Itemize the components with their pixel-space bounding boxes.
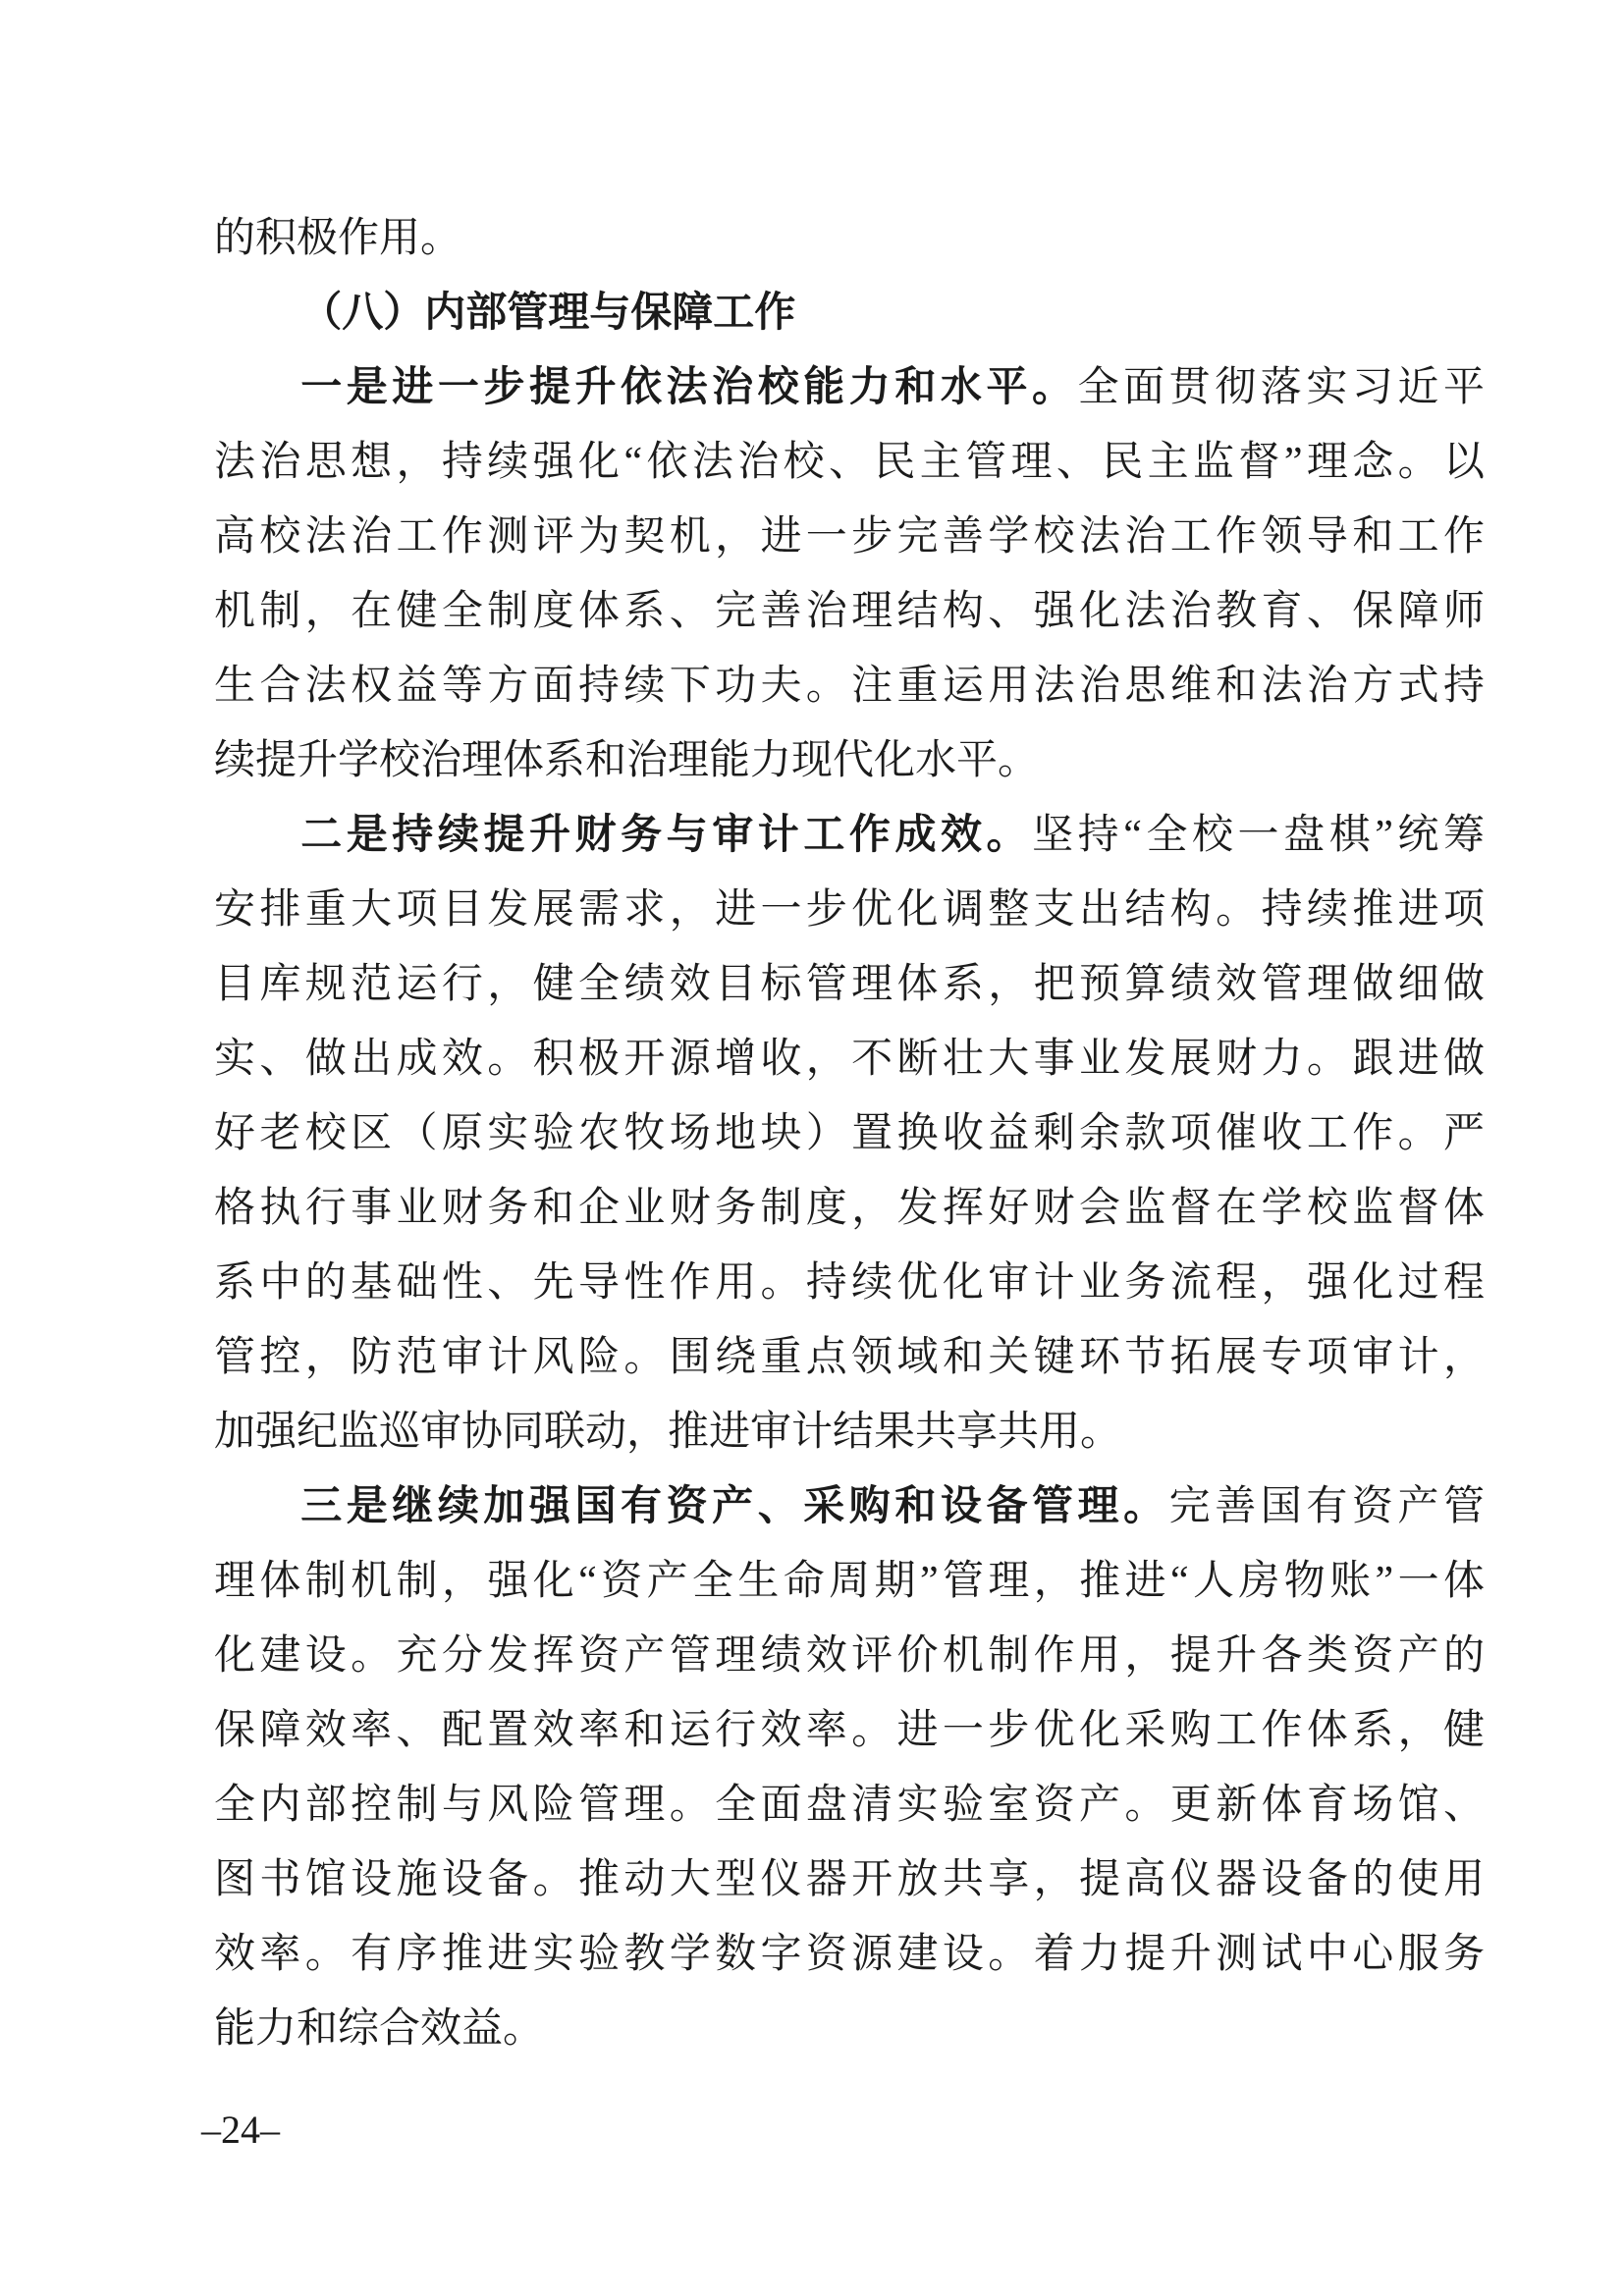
line-text: 坚持“全校一盘棋”统筹 <box>1032 813 1485 858</box>
line-text: 全面贯彻落实习近平 <box>1078 365 1485 410</box>
text-line: 化建设。充分发挥资产管理绩效评价机制作用，提升各类资产的 <box>214 1619 1485 1693</box>
line-text: 管控，防范审计风险。围绕重点领域和关键环节拓展专项审计， <box>214 1335 1485 1380</box>
line-text: 系中的基础性、先导性作用。持续优化审计业务流程，强化过程 <box>214 1260 1485 1306</box>
text-line: 目库规范运行，健全绩效目标管理体系，把预算绩效管理做细做 <box>214 947 1485 1022</box>
paragraph-lead-bold: 三是继续加强国有资产、采购和设备管理。 <box>300 1484 1168 1529</box>
text-line: 一是进一步提升依法治校能力和水平。全面贯彻落实习近平 <box>214 350 1485 425</box>
text-line: 管控，防范审计风险。围绕重点领域和关键环节拓展专项审计， <box>214 1320 1485 1395</box>
line-text: 安排重大项目发展需求，进一步优化调整支出结构。持续推进项 <box>214 887 1485 933</box>
text-line: 效率。有序推进实验教学数字资源建设。着力提升测试中心服务 <box>214 1917 1485 1992</box>
text-line: 三是继续加强国有资产、采购和设备管理。完善国有资产管 <box>214 1469 1485 1544</box>
page-number: –24– <box>201 2109 280 2152</box>
line-text: 化建设。充分发挥资产管理绩效评价机制作用，提升各类资产的 <box>214 1633 1485 1679</box>
line-text: 理体制机制，强化“资产全生命周期”管理，推进“人房物账”一体 <box>214 1559 1485 1604</box>
line-text: 格执行事业财务和企业财务制度，发挥好财会监督在学校监督体 <box>214 1186 1485 1231</box>
text-line: 续提升学校治理体系和治理能力现代化水平。 <box>214 723 1485 798</box>
text-line: 格执行事业财务和企业财务制度，发挥好财会监督在学校监督体 <box>214 1171 1485 1246</box>
section-heading: （八）内部管理与保障工作 <box>214 276 1485 350</box>
line-text: 图书馆设施设备。推动大型仪器开放共享，提高仪器设备的使用 <box>214 1857 1485 1902</box>
text-line: 实、做出成效。积极开源增收，不断壮大事业发展财力。跟进做 <box>214 1022 1485 1096</box>
line-text: 生合法权益等方面持续下功夫。注重运用法治思维和法治方式持 <box>214 664 1485 709</box>
text-line: 保障效率、配置效率和运行效率。进一步优化采购工作体系，健 <box>214 1693 1485 1768</box>
section-heading-text: （八）内部管理与保障工作 <box>300 291 795 336</box>
document-page: 的积极作用。（八）内部管理与保障工作一是进一步提升依法治校能力和水平。全面贯彻落… <box>0 0 1624 2296</box>
text-line: 二是持续提升财务与审计工作成效。坚持“全校一盘棋”统筹 <box>214 798 1485 873</box>
paragraph-lead-bold: 一是进一步提升依法治校能力和水平。 <box>300 365 1077 410</box>
line-text: 实、做出成效。积极开源增收，不断壮大事业发展财力。跟进做 <box>214 1037 1485 1082</box>
line-text: 机制，在健全制度体系、完善治理结构、强化法治教育、保障师 <box>214 589 1485 634</box>
line-text: 高校法治工作测评为契机，进一步完善学校法治工作领导和工作 <box>214 514 1485 560</box>
text-line: 法治思想，持续强化“依法治校、民主管理、民主监督”理念。以 <box>214 425 1485 500</box>
line-text: 完善国有资产管 <box>1169 1484 1485 1529</box>
line-text: 法治思想，持续强化“依法治校、民主管理、民主监督”理念。以 <box>214 440 1485 485</box>
text-line: 加强纪监巡审协同联动，推进审计结果共享共用。 <box>214 1395 1485 1469</box>
line-text: 效率。有序推进实验教学数字资源建设。着力提升测试中心服务 <box>214 1932 1485 1977</box>
text-line: 好老校区（原实验农牧场地块）置换收益剩余款项催收工作。严 <box>214 1096 1485 1171</box>
text-line: 系中的基础性、先导性作用。持续优化审计业务流程，强化过程 <box>214 1246 1485 1320</box>
line-text: 加强纪监巡审协同联动，推进审计结果共享共用。 <box>214 1410 1121 1455</box>
paragraph-lead-bold: 二是持续提升财务与审计工作成效。 <box>300 813 1032 858</box>
text-line: 机制，在健全制度体系、完善治理结构、强化法治教育、保障师 <box>214 574 1485 649</box>
line-text: 续提升学校治理体系和治理能力现代化水平。 <box>214 738 1039 783</box>
document-body: 的积极作用。（八）内部管理与保障工作一是进一步提升依法治校能力和水平。全面贯彻落… <box>214 201 1485 2066</box>
line-text: 好老校区（原实验农牧场地块）置换收益剩余款项催收工作。严 <box>214 1111 1485 1156</box>
text-line: 安排重大项目发展需求，进一步优化调整支出结构。持续推进项 <box>214 873 1485 947</box>
line-text: 目库规范运行，健全绩效目标管理体系，把预算绩效管理做细做 <box>214 962 1485 1007</box>
text-line: 能力和综合效益。 <box>214 1992 1485 2066</box>
text-line: 理体制机制，强化“资产全生命周期”管理，推进“人房物账”一体 <box>214 1544 1485 1619</box>
text-line: 高校法治工作测评为契机，进一步完善学校法治工作领导和工作 <box>214 500 1485 574</box>
line-text: 全内部控制与风险管理。全面盘清实验室资产。更新体育场馆、 <box>214 1783 1485 1828</box>
line-text: 的积极作用。 <box>214 216 461 261</box>
text-line: 生合法权益等方面持续下功夫。注重运用法治思维和法治方式持 <box>214 649 1485 723</box>
line-text: 能力和综合效益。 <box>214 2006 544 2052</box>
line-text: 保障效率、配置效率和运行效率。进一步优化采购工作体系，健 <box>214 1708 1485 1753</box>
text-line: 的积极作用。 <box>214 201 1485 276</box>
text-line: 图书馆设施设备。推动大型仪器开放共享，提高仪器设备的使用 <box>214 1842 1485 1917</box>
text-line: 全内部控制与风险管理。全面盘清实验室资产。更新体育场馆、 <box>214 1768 1485 1842</box>
